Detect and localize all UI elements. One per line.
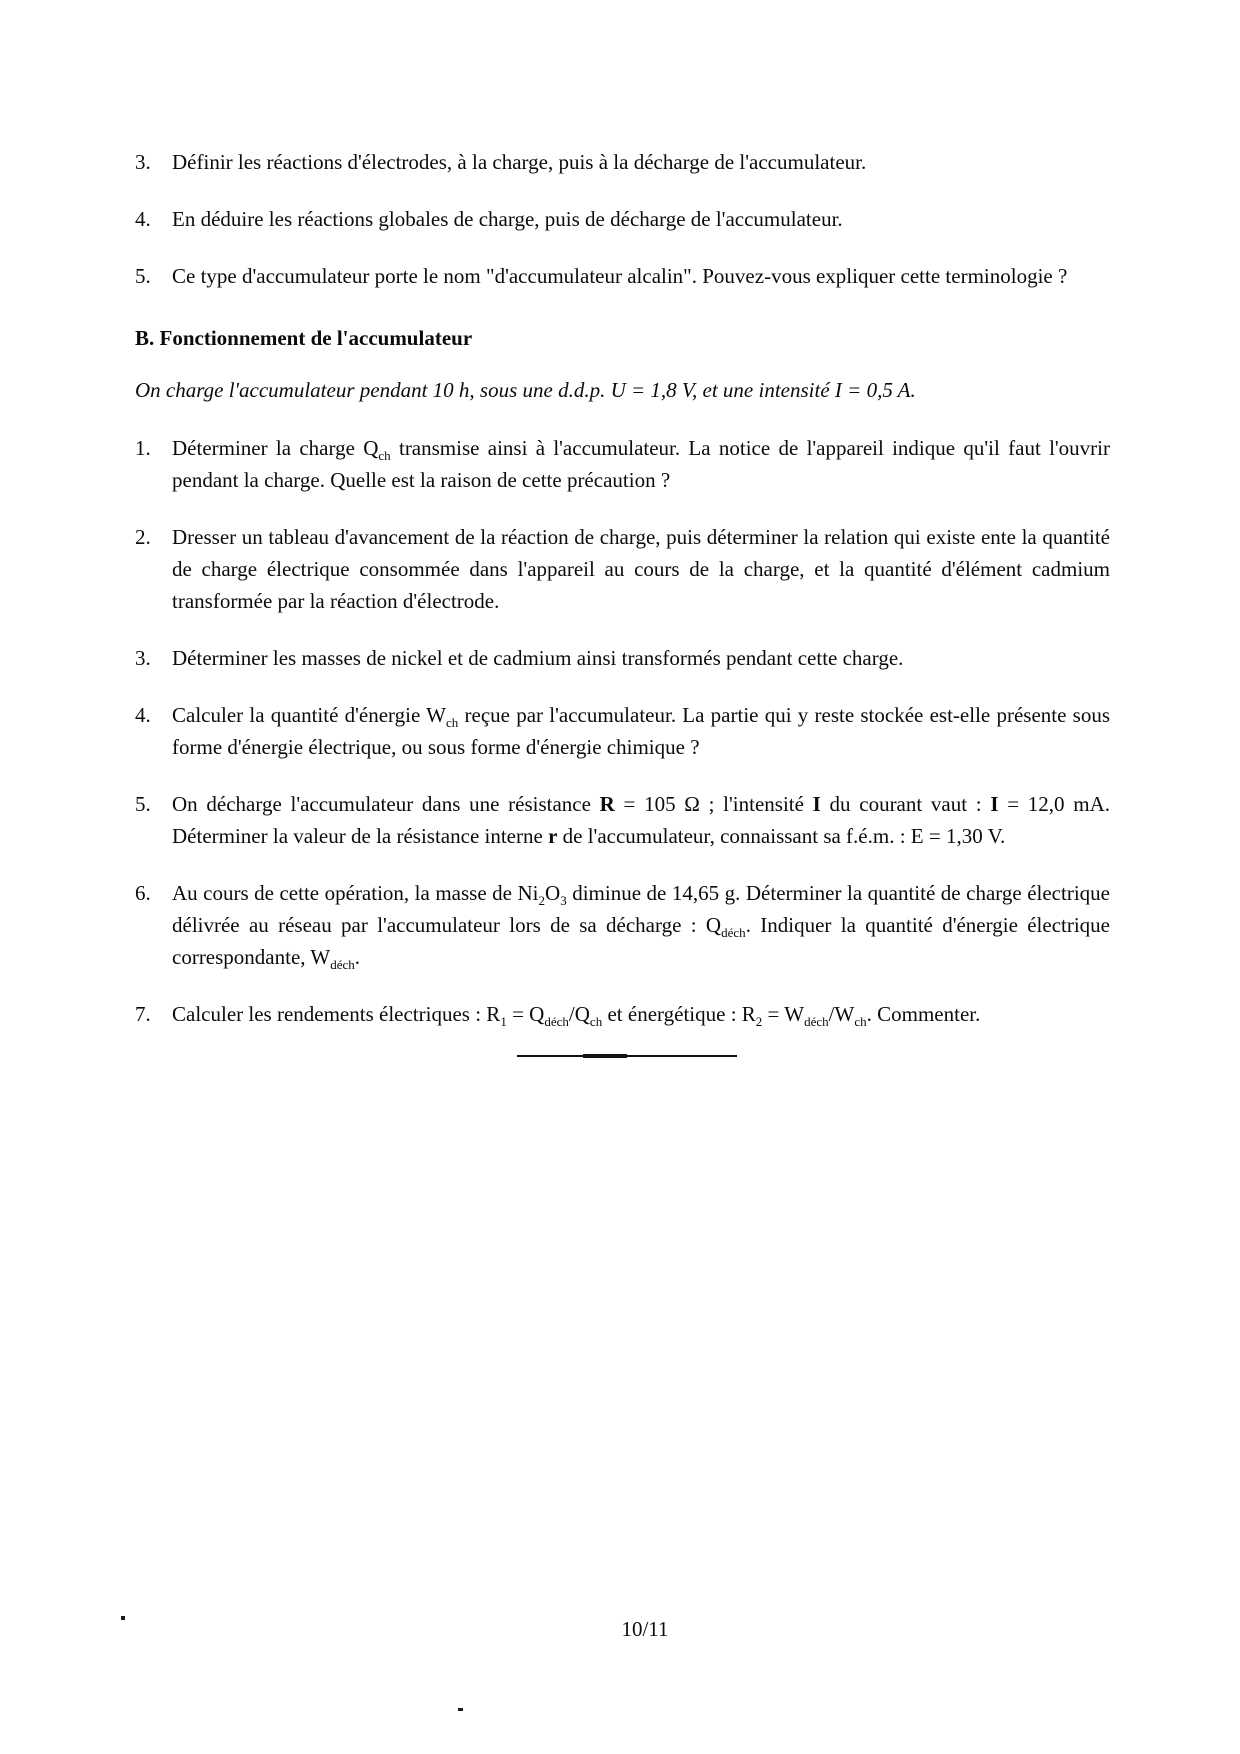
question-text: On décharge l'accumulateur dans une rési… bbox=[172, 788, 1110, 852]
question-text: Déterminer les masses de nickel et de ca… bbox=[172, 642, 1110, 674]
section-b-question-list: 1.Déterminer la charge Qch transmise ain… bbox=[135, 432, 1110, 1030]
question-number: 3. bbox=[135, 642, 172, 674]
question-number: 4. bbox=[135, 203, 172, 235]
divider-line bbox=[517, 1055, 737, 1057]
question-number: 5. bbox=[135, 260, 172, 292]
question-text: Calculer les rendements électriques : R1… bbox=[172, 998, 1110, 1030]
question-text: Ce type d'accumulateur porte le nom "d'a… bbox=[172, 260, 1110, 292]
question-text: En déduire les réactions globales de cha… bbox=[172, 203, 1110, 235]
question-number: 2. bbox=[135, 521, 172, 617]
question-item: 5.Ce type d'accumulateur porte le nom "d… bbox=[135, 260, 1110, 292]
question-item: 1.Déterminer la charge Qch transmise ain… bbox=[135, 432, 1110, 496]
question-item: 3.Déterminer les masses de nickel et de … bbox=[135, 642, 1110, 674]
section-b-intro-text: On charge l'accumulateur pendant 10 h, s… bbox=[135, 374, 1110, 406]
question-number: 5. bbox=[135, 788, 172, 852]
section-divider bbox=[135, 1055, 1110, 1057]
question-number: 6. bbox=[135, 877, 172, 973]
question-item: 6.Au cours de cette opération, la masse … bbox=[135, 877, 1110, 973]
page-content: 3.Définir les réactions d'électrodes, à … bbox=[135, 146, 1110, 1057]
question-number: 4. bbox=[135, 699, 172, 763]
question-item: 3.Définir les réactions d'électrodes, à … bbox=[135, 146, 1110, 178]
question-item: 4.En déduire les réactions globales de c… bbox=[135, 203, 1110, 235]
scan-artifact-dot bbox=[121, 1616, 125, 1620]
question-item: 4.Calculer la quantité d'énergie Wch reç… bbox=[135, 699, 1110, 763]
document-page: { "section_a": { "items": [ { "number": … bbox=[0, 0, 1240, 1754]
question-number: 3. bbox=[135, 146, 172, 178]
question-item: 2.Dresser un tableau d'avancement de la … bbox=[135, 521, 1110, 617]
question-number: 7. bbox=[135, 998, 172, 1030]
question-item: 7.Calculer les rendements électriques : … bbox=[135, 998, 1110, 1030]
question-text: Dresser un tableau d'avancement de la ré… bbox=[172, 521, 1110, 617]
page-number: 10/11 bbox=[0, 1617, 1240, 1642]
question-text: Au cours de cette opération, la masse de… bbox=[172, 877, 1110, 973]
section-b-heading: B. Fonctionnement de l'accumulateur bbox=[135, 322, 1110, 354]
question-text: Déterminer la charge Qch transmise ainsi… bbox=[172, 432, 1110, 496]
question-number: 1. bbox=[135, 432, 172, 496]
question-text: Calculer la quantité d'énergie Wch reçue… bbox=[172, 699, 1110, 763]
section-a-question-list: 3.Définir les réactions d'électrodes, à … bbox=[135, 146, 1110, 292]
question-text: Définir les réactions d'électrodes, à la… bbox=[172, 146, 1110, 178]
question-item: 5.On décharge l'accumulateur dans une ré… bbox=[135, 788, 1110, 852]
scan-artifact-dot bbox=[458, 1708, 463, 1711]
